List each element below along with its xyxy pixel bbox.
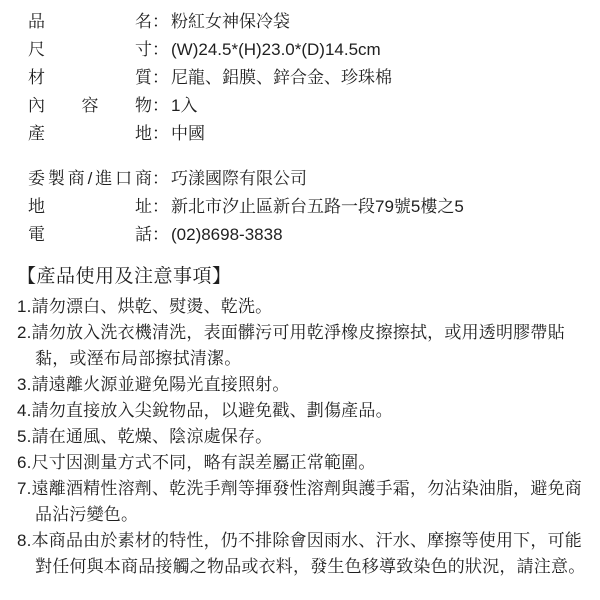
notice-list: 1.請勿漂白、烘乾、熨燙、乾洗。 2.請勿放入洗衣機清洗，表面髒污可用乾淨橡皮擦…	[17, 294, 590, 580]
field-value: 粉紅女神保冷袋	[171, 8, 290, 36]
notice-item-text: 請在通風、乾燥、陰涼處保存。	[32, 427, 273, 446]
product-info-block: 品名：粉紅女神保冷袋 尺寸：(W)24.5*(H)23.0*(D)14.5cm …	[0, 8, 600, 148]
field-label: 材質	[28, 64, 152, 92]
field-value: 尼龍、鋁膜、鋅合金、珍珠棉	[171, 64, 392, 92]
notice-item: 3.請遠離火源並避免陽光直接照射。	[17, 372, 590, 398]
notice-item-number: 2.	[17, 323, 32, 342]
notice-item-number: 1.	[17, 297, 32, 316]
field-colon: ：	[152, 221, 169, 249]
notice-item-number: 5.	[17, 427, 32, 446]
notice-item: 5.請在通風、乾燥、陰涼處保存。	[17, 424, 590, 450]
notice-item: 7.遠離酒精性溶劑、乾洗手劑等揮發性溶劑與護手霜，勿沾染油脂，避免商品沾污變色。	[17, 476, 590, 528]
product-info-row-name: 品名：粉紅女神保冷袋	[28, 8, 588, 36]
field-value: 中國	[171, 120, 205, 148]
notice-heading: 【產品使用及注意事項】	[17, 264, 590, 290]
field-label: 電話	[28, 221, 152, 249]
field-label: 尺寸	[28, 36, 152, 64]
notice-item: 1.請勿漂白、烘乾、熨燙、乾洗。	[17, 294, 590, 320]
notice-item-number: 8.	[17, 531, 32, 550]
product-label-sheet: 品名：粉紅女神保冷袋 尺寸：(W)24.5*(H)23.0*(D)14.5cm …	[0, 0, 600, 600]
notice-item: 2.請勿放入洗衣機清洗，表面髒污可用乾淨橡皮擦擦拭，或用透明膠帶貼黏，或溼布局部…	[17, 320, 590, 372]
field-label: 地址	[28, 193, 152, 221]
notice-section: 【產品使用及注意事項】 1.請勿漂白、烘乾、熨燙、乾洗。 2.請勿放入洗衣機清洗…	[0, 264, 600, 580]
field-label: 委製商/進口商	[28, 165, 152, 193]
field-colon: ：	[152, 8, 169, 36]
notice-item-text: 請勿漂白、烘乾、熨燙、乾洗。	[32, 297, 273, 316]
vendor-info-block: 委製商/進口商：巧漾國際有限公司 地址：新北市汐止區新台五路一段79號5樓之5 …	[0, 165, 600, 249]
field-label: 內容物	[28, 92, 152, 120]
notice-item: 6.尺寸因測量方式不同，略有誤差屬正常範圍。	[17, 450, 590, 476]
field-label: 品名	[28, 8, 152, 36]
field-colon: ：	[152, 165, 169, 193]
product-info-row-contents: 內容物：1入	[28, 92, 588, 120]
vendor-row-address: 地址：新北市汐止區新台五路一段79號5樓之5	[28, 193, 588, 221]
vendor-row-phone: 電話：(02)8698-3838	[28, 221, 588, 249]
field-colon: ：	[152, 193, 169, 221]
field-colon: ：	[152, 36, 169, 64]
notice-item-text: 本商品由於素材的特性，仍不排除會因雨水、汗水、摩擦等使用下，可能對任何與本商品接…	[32, 531, 586, 576]
notice-item-number: 3.	[17, 375, 32, 394]
product-info-row-material: 材質：尼龍、鋁膜、鋅合金、珍珠棉	[28, 64, 588, 92]
field-label: 產地	[28, 120, 152, 148]
notice-item-text: 遠離酒精性溶劑、乾洗手劑等揮發性溶劑與護手霜，勿沾染油脂，避免商品沾污變色。	[32, 479, 582, 524]
notice-item-text: 請勿放入洗衣機清洗，表面髒污可用乾淨橡皮擦擦拭，或用透明膠帶貼黏，或溼布局部擦拭…	[32, 323, 565, 368]
field-colon: ：	[152, 64, 169, 92]
field-value: 新北市汐止區新台五路一段79號5樓之5	[171, 193, 464, 221]
vendor-row-company: 委製商/進口商：巧漾國際有限公司	[28, 165, 588, 193]
notice-item-number: 7.	[17, 479, 32, 498]
product-info-row-size: 尺寸：(W)24.5*(H)23.0*(D)14.5cm	[28, 36, 588, 64]
field-value: 1入	[171, 92, 197, 120]
field-value: (02)8698-3838	[171, 221, 283, 249]
notice-item: 8.本商品由於素材的特性，仍不排除會因雨水、汗水、摩擦等使用下，可能對任何與本商…	[17, 528, 590, 580]
notice-item: 4.請勿直接放入尖銳物品，以避免戳、劃傷產品。	[17, 398, 590, 424]
notice-item-text: 請勿直接放入尖銳物品，以避免戳、劃傷產品。	[32, 401, 393, 420]
field-colon: ：	[152, 92, 169, 120]
field-value: 巧漾國際有限公司	[171, 165, 307, 193]
notice-item-number: 4.	[17, 401, 32, 420]
product-info-row-origin: 產地：中國	[28, 120, 588, 148]
notice-item-number: 6.	[17, 453, 32, 472]
notice-item-text: 尺寸因測量方式不同，略有誤差屬正常範圍。	[32, 453, 376, 472]
field-value: (W)24.5*(H)23.0*(D)14.5cm	[171, 36, 381, 64]
notice-item-text: 請遠離火源並避免陽光直接照射。	[32, 375, 290, 394]
field-colon: ：	[152, 120, 169, 148]
